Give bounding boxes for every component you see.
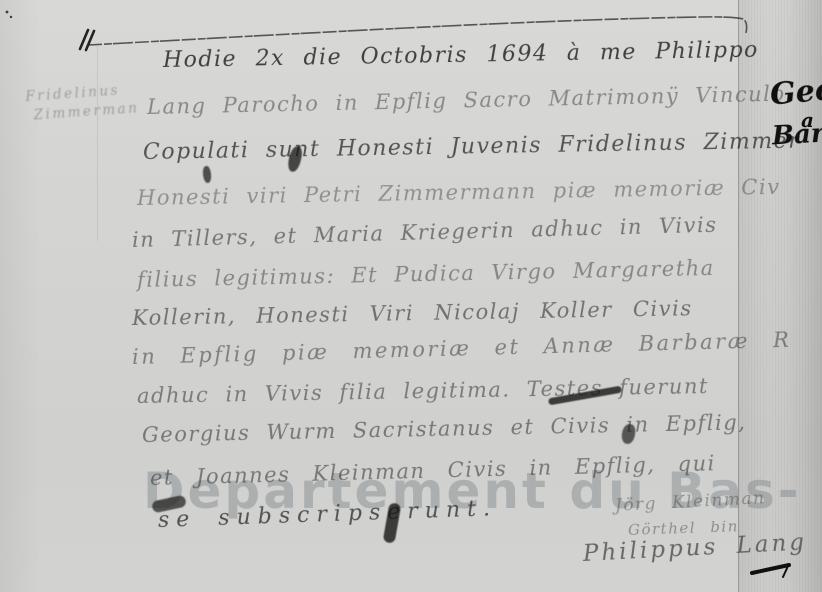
- manuscript-line: filius legitimus: Et Pudica Virgo Margar…: [137, 256, 715, 292]
- adjacent-page-text-fragment: Geor: [769, 71, 822, 113]
- corner-dots: [6, 11, 9, 14]
- manuscript-line: Georgius Wurm Sacristanus et Civis in Ep…: [142, 410, 747, 447]
- margin-annotation: Fridelinus Zimmerman: [25, 80, 140, 126]
- manuscript-line: Hodie 2x die Octobris 1694 à me Philippo: [163, 38, 759, 73]
- manuscript-line: Honesti viri Petri Zimmermann piæ memori…: [137, 175, 781, 210]
- hash-mark: [80, 30, 94, 50]
- ink-blot: [202, 166, 212, 184]
- corner-dots: [10, 16, 12, 18]
- manuscript-line: in Epflig piæ memoriæ et Annæ Barbaræ R: [132, 328, 792, 369]
- left-crease-line: [97, 46, 98, 241]
- manuscript-line: Lang Parocho in Epflig Sacro Matrimonÿ V…: [147, 82, 786, 119]
- manuscript-line: adhuc in Vivis filia legitima. Testes fu…: [137, 374, 709, 408]
- manuscript-line: Kollerin, Honesti Viri Nicolaj Koller Ci…: [132, 296, 693, 330]
- manuscript-line: Copulati sunt Honesti Juvenis Fridelinus…: [143, 129, 801, 165]
- manuscript-line: in Tillers, et Maria Kriegerin adhuc in …: [132, 213, 718, 252]
- adjacent-page-text-fragment: Bar: [771, 119, 822, 152]
- document-scan: Departement du Bas- Fridelinus Zimmerman…: [0, 0, 822, 592]
